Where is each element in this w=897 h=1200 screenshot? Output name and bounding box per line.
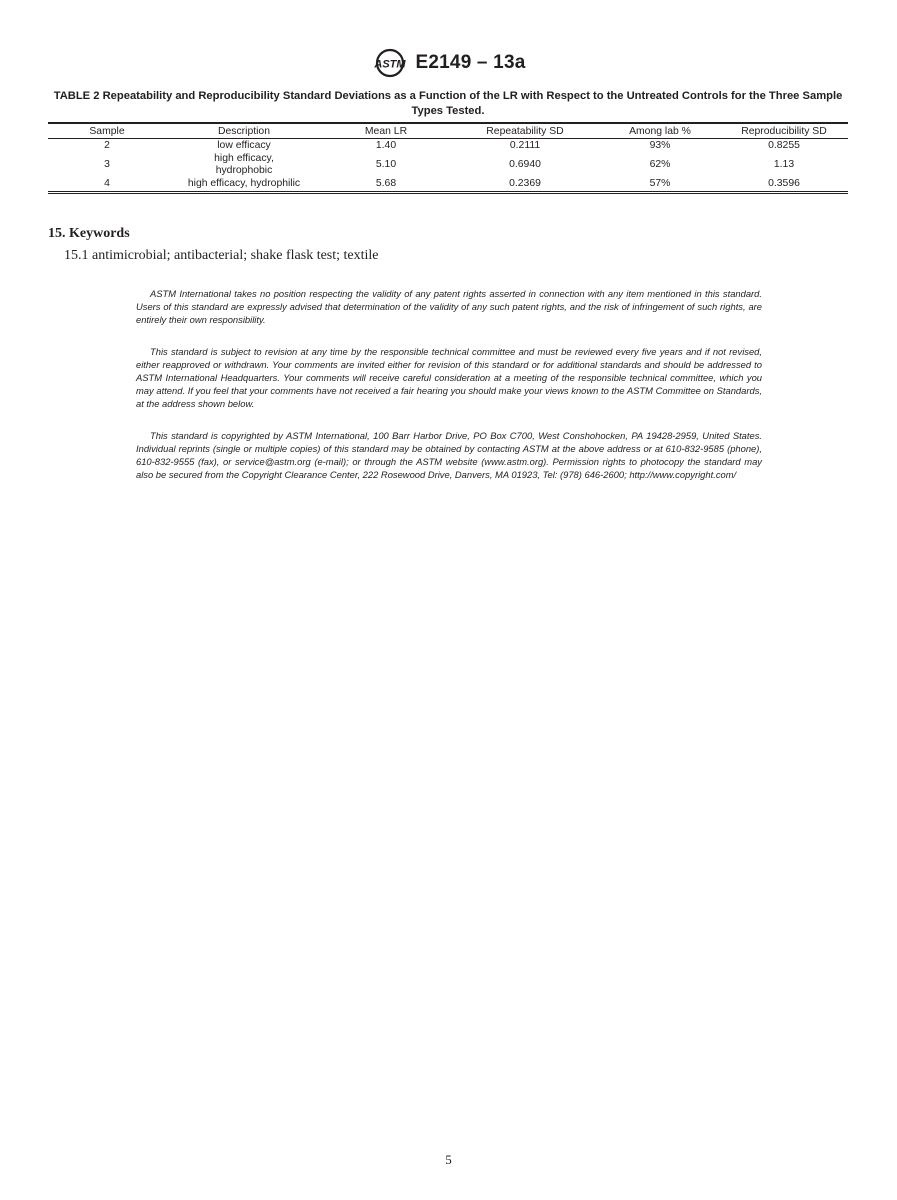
table-row: 2 low efficacy 1.40 0.2111 93% 0.8255	[48, 139, 848, 154]
cell-repeatability-sd: 0.2369	[450, 177, 600, 193]
copyright-notice: This standard is copyrighted by ASTM Int…	[136, 429, 762, 481]
cell-reproducibility-sd: 0.3596	[720, 177, 848, 193]
table-row: 3 high efficacy, hydrophobic 5.10 0.6940…	[48, 153, 848, 177]
page-header: ASTM E2149 – 13a	[0, 48, 897, 78]
astm-logo-icon: ASTM	[372, 48, 408, 78]
description-line: hydrophobic	[166, 165, 322, 177]
cell-sample: 2	[48, 139, 166, 154]
section-heading-keywords: 15. Keywords	[48, 226, 130, 242]
description-line: high efficacy,	[166, 153, 322, 165]
cell-repeatability-sd: 0.2111	[450, 139, 600, 154]
table-header-row: Sample Description Mean LR Repeatability…	[48, 123, 848, 139]
cell-description: low efficacy	[166, 139, 322, 154]
table-caption: TABLE 2 Repeatability and Reproducibilit…	[48, 89, 848, 119]
col-header-sample: Sample	[48, 123, 166, 139]
cell-among-lab: 62%	[600, 153, 720, 177]
cell-among-lab: 93%	[600, 139, 720, 154]
patent-notice: ASTM International takes no position res…	[136, 287, 762, 326]
col-header-repeatability-sd: Repeatability SD	[450, 123, 600, 139]
cell-among-lab: 57%	[600, 177, 720, 193]
revision-notice: This standard is subject to revision at …	[136, 345, 762, 410]
cell-sample: 3	[48, 153, 166, 177]
cell-repeatability-sd: 0.6940	[450, 153, 600, 177]
page-number: 5	[0, 1152, 897, 1168]
cell-description: high efficacy, hydrophilic	[166, 177, 322, 193]
keywords-paragraph: 15.1 antimicrobial; antibacterial; shake…	[64, 248, 379, 264]
standard-designation: E2149 – 13a	[416, 52, 526, 74]
cell-reproducibility-sd: 1.13	[720, 153, 848, 177]
cell-description: high efficacy, hydrophobic	[166, 153, 322, 177]
col-header-among-lab: Among lab %	[600, 123, 720, 139]
cell-mean-lr: 5.68	[322, 177, 450, 193]
svg-text:ASTM: ASTM	[373, 59, 406, 71]
cell-reproducibility-sd: 0.8255	[720, 139, 848, 154]
col-header-description: Description	[166, 123, 322, 139]
cell-mean-lr: 5.10	[322, 153, 450, 177]
col-header-mean-lr: Mean LR	[322, 123, 450, 139]
cell-sample: 4	[48, 177, 166, 193]
cell-mean-lr: 1.40	[322, 139, 450, 154]
col-header-reproducibility-sd: Reproducibility SD	[720, 123, 848, 139]
table-row: 4 high efficacy, hydrophilic 5.68 0.2369…	[48, 177, 848, 193]
sd-table: Sample Description Mean LR Repeatability…	[48, 122, 848, 194]
